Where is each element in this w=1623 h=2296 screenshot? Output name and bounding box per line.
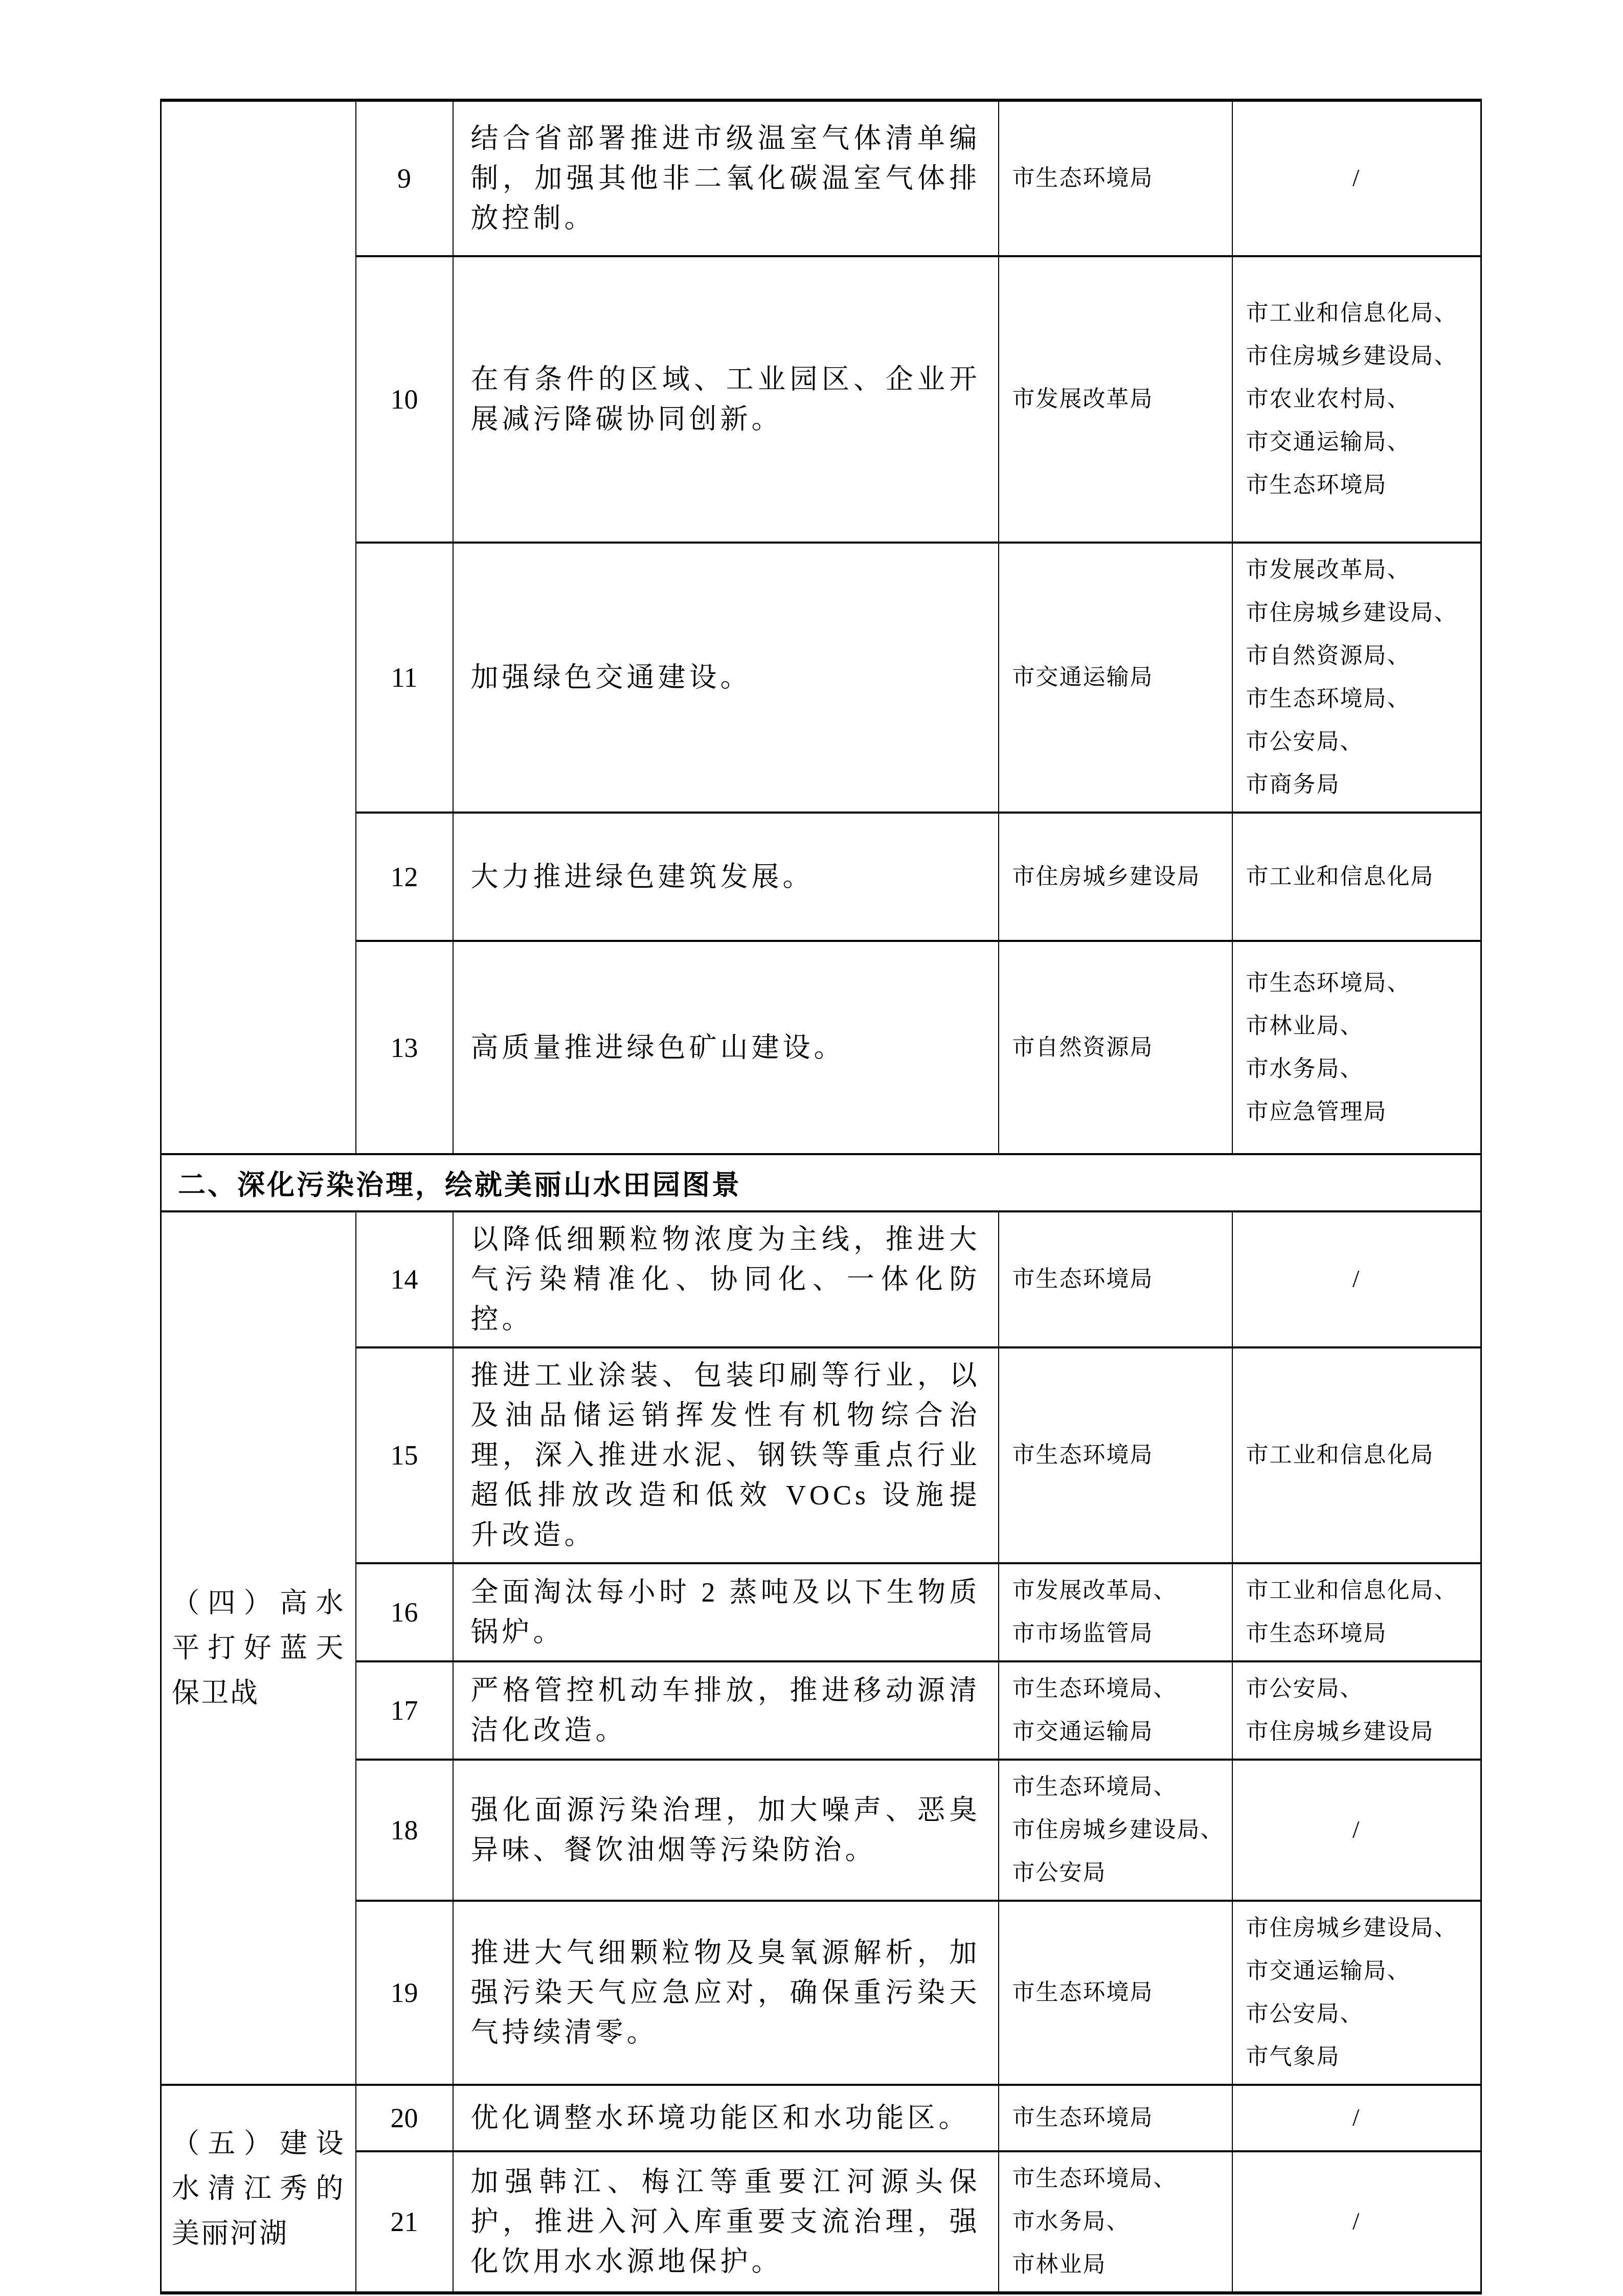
department-line: 市林业局、	[1246, 1005, 1476, 1048]
department-line: 市林业局	[1012, 2243, 1227, 2286]
task-text: 结合省部署推进市级温室气体清单编制，加强其他非二氧化碳温室气体排放控制。	[453, 100, 999, 256]
task-text: 加强韩江、梅江等重要江河源头保护，推进入河入库重要支流治理，强化饮用水水源地保护…	[453, 2151, 999, 2293]
lead-department-cell: 市生态环境局	[999, 2085, 1232, 2151]
table-row: 18强化面源污染治理，加大噪声、恶臭异味、餐饮油烟等污染防治。市生态环境局、市住…	[161, 1760, 1481, 1901]
department-line: 市气象局	[1246, 2036, 1476, 2079]
department-line: 市住房城乡建设局	[1246, 1710, 1476, 1753]
row-number: 16	[356, 1563, 453, 1661]
task-text: 加强绿色交通建设。	[453, 543, 999, 813]
table-row: 21加强韩江、梅江等重要江河源头保护，推进入河入库重要支流治理，强化饮用水水源地…	[161, 2151, 1481, 2293]
department-line: 市公安局、	[1246, 1993, 1476, 2036]
row-number: 10	[356, 256, 453, 543]
department-line: 市生态环境局	[1012, 1971, 1227, 2014]
row-number: 17	[356, 1661, 453, 1760]
slash-placeholder: /	[1238, 157, 1476, 200]
department-line: 市生态环境局	[1012, 1434, 1227, 1477]
department-line: 市生态环境局	[1012, 1258, 1227, 1301]
slash-placeholder: /	[1238, 2097, 1476, 2140]
department-line: 市生态环境局、	[1246, 962, 1476, 1005]
department-line: 市农业农村局、	[1246, 378, 1476, 421]
department-line: 市工业和信息化局、	[1246, 292, 1476, 335]
department-line: 市住房城乡建设局、	[1246, 592, 1476, 635]
table-row: （四）高水平打好蓝天保卫战14以降低细颗粒物浓度为主线，推进大气污染精准化、协同…	[161, 1211, 1481, 1347]
task-text: 大力推进绿色建筑发展。	[453, 813, 999, 941]
department-line: 市交通运输局、	[1246, 421, 1476, 464]
lead-department-cell: 市生态环境局	[999, 1211, 1232, 1347]
support-department-cell: 市工业和信息化局	[1232, 1347, 1481, 1563]
department-line: 市工业和信息化局	[1246, 1434, 1476, 1477]
row-number: 11	[356, 543, 453, 813]
row-number: 19	[356, 1901, 453, 2085]
lead-department-cell: 市生态环境局	[999, 1901, 1232, 2085]
row-number: 12	[356, 813, 453, 941]
row-number: 13	[356, 941, 453, 1154]
department-line: 市工业和信息化局	[1246, 856, 1476, 898]
task-text: 全面淘汰每小时 2 蒸吨及以下生物质锅炉。	[453, 1563, 999, 1661]
task-text: 推进大气细颗粒物及臭氧源解析，加强污染天气应急应对，确保重污染天气持续清零。	[453, 1901, 999, 2085]
department-line: 市工业和信息化局、	[1246, 1569, 1476, 1612]
department-line: 市水务局、	[1012, 2200, 1227, 2243]
document-page: 9结合省部署推进市级温室气体清单编制，加强其他非二氧化碳温室气体排放控制。市生态…	[0, 0, 1623, 2296]
department-line: 市住房城乡建设局、	[1246, 335, 1476, 378]
lead-department-cell: 市发展改革局	[999, 256, 1232, 543]
lead-department-cell: 市生态环境局、市水务局、市林业局	[999, 2151, 1232, 2293]
support-department-cell: /	[1232, 2151, 1481, 2293]
support-department-cell: 市工业和信息化局、市生态环境局	[1232, 1563, 1481, 1661]
department-line: 市自然资源局	[1012, 1026, 1227, 1069]
support-department-cell: /	[1232, 1760, 1481, 1901]
support-department-cell: 市公安局、市住房城乡建设局	[1232, 1661, 1481, 1760]
department-line: 市生态环境局	[1012, 157, 1227, 200]
task-text: 优化调整水环境功能区和水功能区。	[453, 2085, 999, 2151]
category-cell: （四）高水平打好蓝天保卫战	[161, 1211, 356, 2085]
department-line: 市生态环境局	[1246, 464, 1476, 507]
lead-department-cell: 市生态环境局、市住房城乡建设局、市公安局	[999, 1760, 1232, 1901]
department-line: 市发展改革局、	[1246, 549, 1476, 592]
task-text: 严格管控机动车排放，推进移动源清洁化改造。	[453, 1661, 999, 1760]
tasks-table: 9结合省部署推进市级温室气体清单编制，加强其他非二氧化碳温室气体排放控制。市生态…	[160, 99, 1482, 2294]
support-department-cell: /	[1232, 2085, 1481, 2151]
lead-department-cell: 市自然资源局	[999, 941, 1232, 1154]
row-number: 20	[356, 2085, 453, 2151]
department-line: 市住房城乡建设局、	[1012, 1809, 1227, 1852]
department-line: 市发展改革局	[1012, 378, 1227, 421]
lead-department-cell: 市生态环境局	[999, 100, 1232, 256]
support-department-cell: 市生态环境局、市林业局、市水务局、市应急管理局	[1232, 941, 1481, 1154]
slash-placeholder: /	[1238, 1809, 1476, 1852]
lead-department-cell: 市交通运输局	[999, 543, 1232, 813]
row-number: 18	[356, 1760, 453, 1901]
department-line: 市交通运输局	[1012, 1710, 1227, 1753]
table-row: 19推进大气细颗粒物及臭氧源解析，加强污染天气应急应对，确保重污染天气持续清零。…	[161, 1901, 1481, 2085]
department-line: 市发展改革局、	[1012, 1569, 1227, 1612]
support-department-cell: 市工业和信息化局	[1232, 813, 1481, 941]
department-line: 市应急管理局	[1246, 1091, 1476, 1134]
table-row: 13高质量推进绿色矿山建设。市自然资源局市生态环境局、市林业局、市水务局、市应急…	[161, 941, 1481, 1154]
lead-department-cell: 市生态环境局	[999, 1347, 1232, 1563]
department-line: 市交通运输局、	[1246, 1950, 1476, 1993]
category-cell	[161, 100, 356, 1154]
section-header-row: 二、深化污染治理，绘就美丽山水田园图景	[161, 1154, 1481, 1211]
department-line: 市公安局	[1012, 1852, 1227, 1895]
slash-placeholder: /	[1238, 1258, 1476, 1301]
row-number: 14	[356, 1211, 453, 1347]
task-text: 以降低细颗粒物浓度为主线，推进大气污染精准化、协同化、一体化防控。	[453, 1211, 999, 1347]
department-line: 市商务局	[1246, 763, 1476, 806]
department-line: 市公安局、	[1246, 721, 1476, 763]
task-text: 强化面源污染治理，加大噪声、恶臭异味、餐饮油烟等污染防治。	[453, 1760, 999, 1901]
department-line: 市生态环境局	[1246, 1612, 1476, 1655]
table-row: 9结合省部署推进市级温室气体清单编制，加强其他非二氧化碳温室气体排放控制。市生态…	[161, 100, 1481, 256]
department-line: 市生态环境局、	[1012, 1668, 1227, 1710]
table-row: 10在有条件的区域、工业园区、企业开展减污降碳协同创新。市发展改革局市工业和信息…	[161, 256, 1481, 543]
department-line: 市市场监管局	[1012, 1612, 1227, 1655]
row-number: 15	[356, 1347, 453, 1563]
row-number: 21	[356, 2151, 453, 2293]
department-line: 市住房城乡建设局	[1012, 856, 1227, 898]
table-row: 12大力推进绿色建筑发展。市住房城乡建设局市工业和信息化局	[161, 813, 1481, 941]
slash-placeholder: /	[1238, 2200, 1476, 2243]
task-text: 高质量推进绿色矿山建设。	[453, 941, 999, 1154]
table-row: 15推进工业涂装、包装印刷等行业，以及油品储运销挥发性有机物综合治理，深入推进水…	[161, 1347, 1481, 1563]
task-text: 在有条件的区域、工业园区、企业开展减污降碳协同创新。	[453, 256, 999, 543]
department-line: 市自然资源局、	[1246, 635, 1476, 678]
section-header: 二、深化污染治理，绘就美丽山水田园图景	[161, 1154, 1481, 1211]
department-line: 市生态环境局、	[1012, 2157, 1227, 2200]
lead-department-cell: 市住房城乡建设局	[999, 813, 1232, 941]
category-cell: （五）建设水清江秀的美丽河湖	[161, 2085, 356, 2293]
support-department-cell: /	[1232, 1211, 1481, 1347]
department-line: 市生态环境局	[1012, 2097, 1227, 2140]
support-department-cell: /	[1232, 100, 1481, 256]
support-department-cell: 市住房城乡建设局、市交通运输局、市公安局、市气象局	[1232, 1901, 1481, 2085]
support-department-cell: 市发展改革局、市住房城乡建设局、市自然资源局、市生态环境局、市公安局、市商务局	[1232, 543, 1481, 813]
lead-department-cell: 市生态环境局、市交通运输局	[999, 1661, 1232, 1760]
department-line: 市生态环境局、	[1246, 678, 1476, 721]
table-row: 16全面淘汰每小时 2 蒸吨及以下生物质锅炉。市发展改革局、市市场监管局市工业和…	[161, 1563, 1481, 1661]
department-line: 市住房城乡建设局、	[1246, 1907, 1476, 1950]
department-line: 市公安局、	[1246, 1668, 1476, 1710]
row-number: 9	[356, 100, 453, 256]
lead-department-cell: 市发展改革局、市市场监管局	[999, 1563, 1232, 1661]
department-line: 市水务局、	[1246, 1048, 1476, 1091]
department-line: 市交通运输局	[1012, 656, 1227, 699]
task-text: 推进工业涂装、包装印刷等行业，以及油品储运销挥发性有机物综合治理，深入推进水泥、…	[453, 1347, 999, 1563]
table-row: 17严格管控机动车排放，推进移动源清洁化改造。市生态环境局、市交通运输局市公安局…	[161, 1661, 1481, 1760]
table-row: 11加强绿色交通建设。市交通运输局市发展改革局、市住房城乡建设局、市自然资源局、…	[161, 543, 1481, 813]
support-department-cell: 市工业和信息化局、市住房城乡建设局、市农业农村局、市交通运输局、市生态环境局	[1232, 256, 1481, 543]
table-row: （五）建设水清江秀的美丽河湖20优化调整水环境功能区和水功能区。市生态环境局/	[161, 2085, 1481, 2151]
department-line: 市生态环境局、	[1012, 1766, 1227, 1809]
